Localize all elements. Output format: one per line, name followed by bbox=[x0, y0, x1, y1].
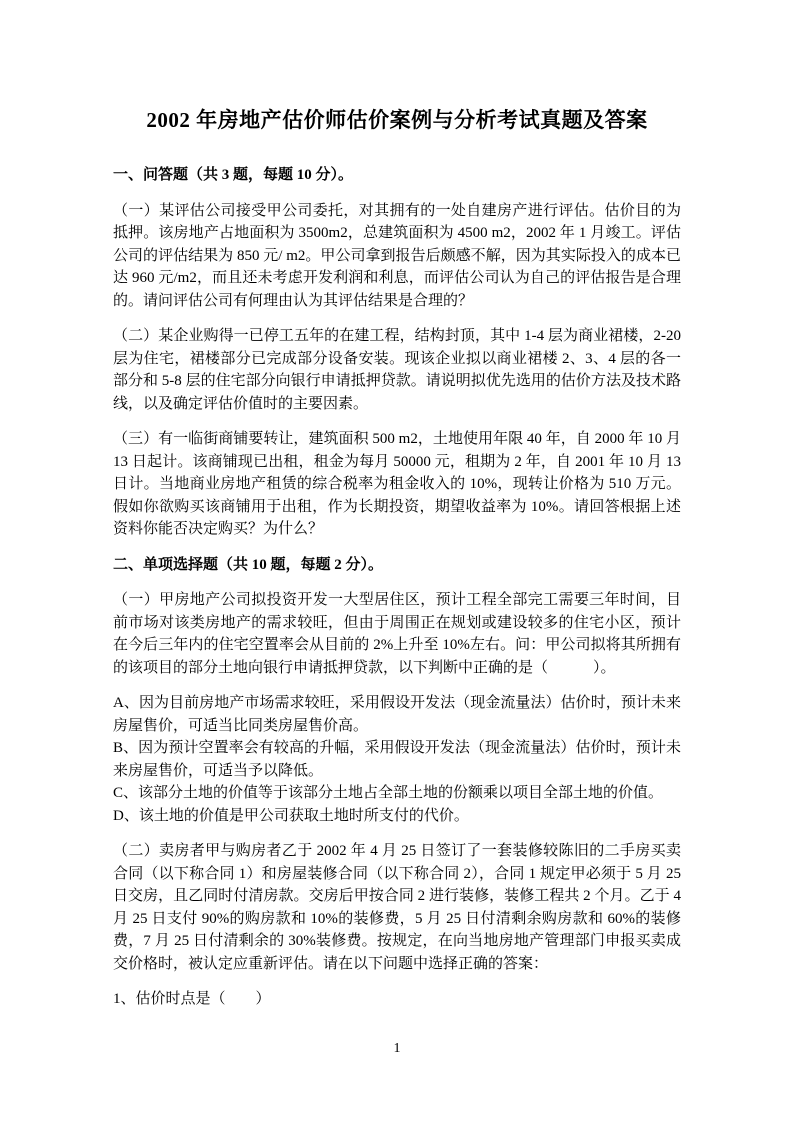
section-heading-mc: 二、单项选择题（共 10 题，每题 2 分）。 bbox=[113, 554, 681, 577]
section-multiple-choice: 二、单项选择题（共 10 题，每题 2 分）。 （一）甲房地产公司拟投资开发一大… bbox=[113, 554, 681, 1011]
mc-question-2-sub-1: 1、估价时点是（ ） bbox=[113, 988, 681, 1011]
qa-question-2: （二）某企业购得一已停工五年的在建工程，结构封顶，其中 1-4 层为商业裙楼，2… bbox=[113, 325, 681, 415]
page-number: 1 bbox=[0, 1040, 794, 1058]
document-page: 2002 年房地产估价师估价案例与分析考试真题及答案 一、问答题（共 3 题，每… bbox=[0, 0, 794, 1123]
qa-question-3: （三）有一临街商铺要转让，建筑面积 500 m2，土地使用年限 40 年，自 2… bbox=[113, 428, 681, 541]
option-d: D、该土地的价值是甲公司获取土地时所支付的代价。 bbox=[113, 805, 681, 828]
option-a: A、因为目前房地产市场需求较旺，采用假设开发法（现金流量法）估价时，预计未来房屋… bbox=[113, 692, 681, 737]
mc-question-1-options: A、因为目前房地产市场需求较旺，采用假设开发法（现金流量法）估价时，预计未来房屋… bbox=[113, 692, 681, 827]
qa-question-1: （一）某评估公司接受甲公司委托，对其拥有的一处自建房产进行评估。估价目的为抵押。… bbox=[113, 200, 681, 313]
option-b: B、因为预计空置率会有较高的升幅，采用假设开发法（现金流量法）估价时，预计未来房… bbox=[113, 737, 681, 782]
mc-question-1: （一）甲房地产公司拟投资开发一大型居住区，预计工程全部完工需要三年时间，目前市场… bbox=[113, 589, 681, 679]
section-heading-qa: 一、问答题（共 3 题，每题 10 分）。 bbox=[113, 164, 681, 187]
section-question-answer: 一、问答题（共 3 题，每题 10 分）。 （一）某评估公司接受甲公司委托，对其… bbox=[113, 164, 681, 541]
document-content: 2002 年房地产估价师估价案例与分析考试真题及答案 一、问答题（共 3 题，每… bbox=[113, 106, 681, 1011]
mc-question-2: （二）卖房者甲与购房者乙于 2002 年 4 月 25 日签订了一套装修较陈旧的… bbox=[113, 840, 681, 975]
page-title: 2002 年房地产估价师估价案例与分析考试真题及答案 bbox=[113, 106, 681, 134]
option-c: C、该部分土地的价值等于该部分土地占全部土地的份额乘以项目全部土地的价值。 bbox=[113, 782, 681, 805]
